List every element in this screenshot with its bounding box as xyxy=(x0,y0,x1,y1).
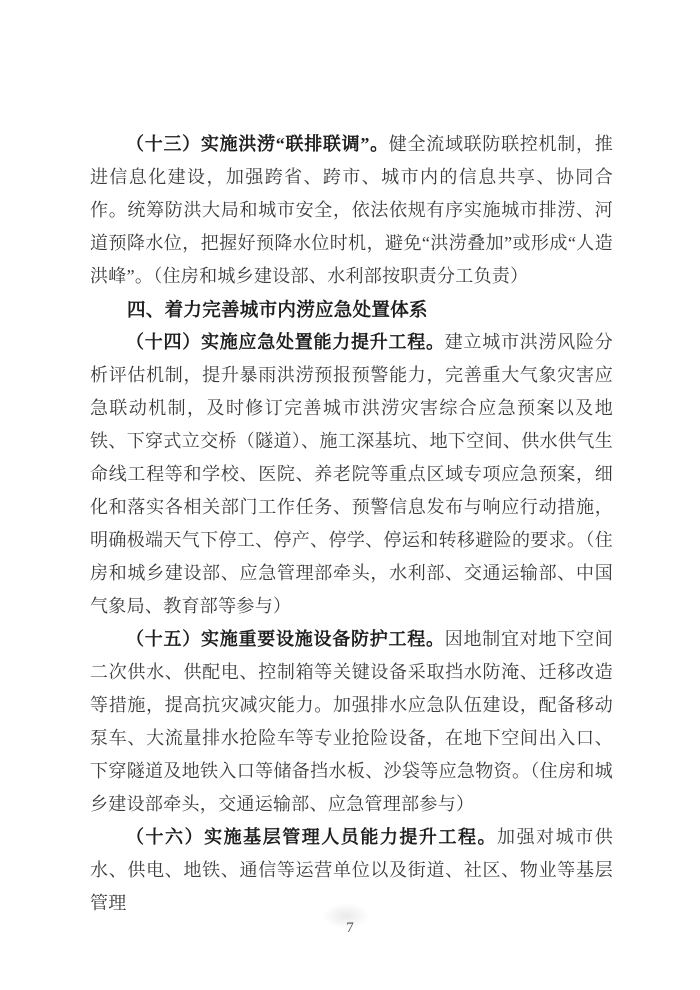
paragraph-item-16: （十六）实施基层管理人员能力提升工程。加强对城市供水、供电、地铁、通信等运营单位… xyxy=(90,821,613,920)
section-heading-4: 四、着力完善城市内涝应急处置体系 xyxy=(90,293,613,326)
paragraph-item-14: （十四）实施应急处置能力提升工程。建立城市洪涝风险分析评估机制，提升暴雨洪涝预报… xyxy=(90,326,613,623)
document-body: （十三）实施洪涝“联排联调”。健全流域联防联控机制，推进信息化建设，加强跨省、跨… xyxy=(90,128,613,920)
document-page: （十三）实施洪涝“联排联调”。健全流域联防联控机制，推进信息化建设，加强跨省、跨… xyxy=(0,0,700,990)
paragraph-item-15: （十五）实施重要设施设备防护工程。因地制宜对地下空间二次供水、供配电、控制箱等关… xyxy=(90,623,613,821)
item-14-lead: （十四）实施应急处置能力提升工程。 xyxy=(126,332,445,352)
item-13-lead: （十三）实施洪涝“联排联调”。 xyxy=(126,134,389,154)
page-number: 7 xyxy=(0,920,700,937)
item-15-body: 因地制宜对地下空间二次供水、供配电、控制箱等关键设备采取挡水防淹、迁移改造等措施… xyxy=(90,629,613,814)
paragraph-item-13: （十三）实施洪涝“联排联调”。健全流域联防联控机制，推进信息化建设，加强跨省、跨… xyxy=(90,128,613,293)
item-16-lead: （十六）实施基层管理人员能力提升工程。 xyxy=(126,827,497,847)
item-15-lead: （十五）实施重要设施设备防护工程。 xyxy=(126,629,445,649)
item-14-body: 建立城市洪涝风险分析评估机制，提升暴雨洪涝预报预警能力，完善重大气象灾害应急联动… xyxy=(90,332,613,616)
item-13-body: 健全流域联防联控机制，推进信息化建设，加强跨省、跨市、城市内的信息共享、协同合作… xyxy=(90,134,613,286)
